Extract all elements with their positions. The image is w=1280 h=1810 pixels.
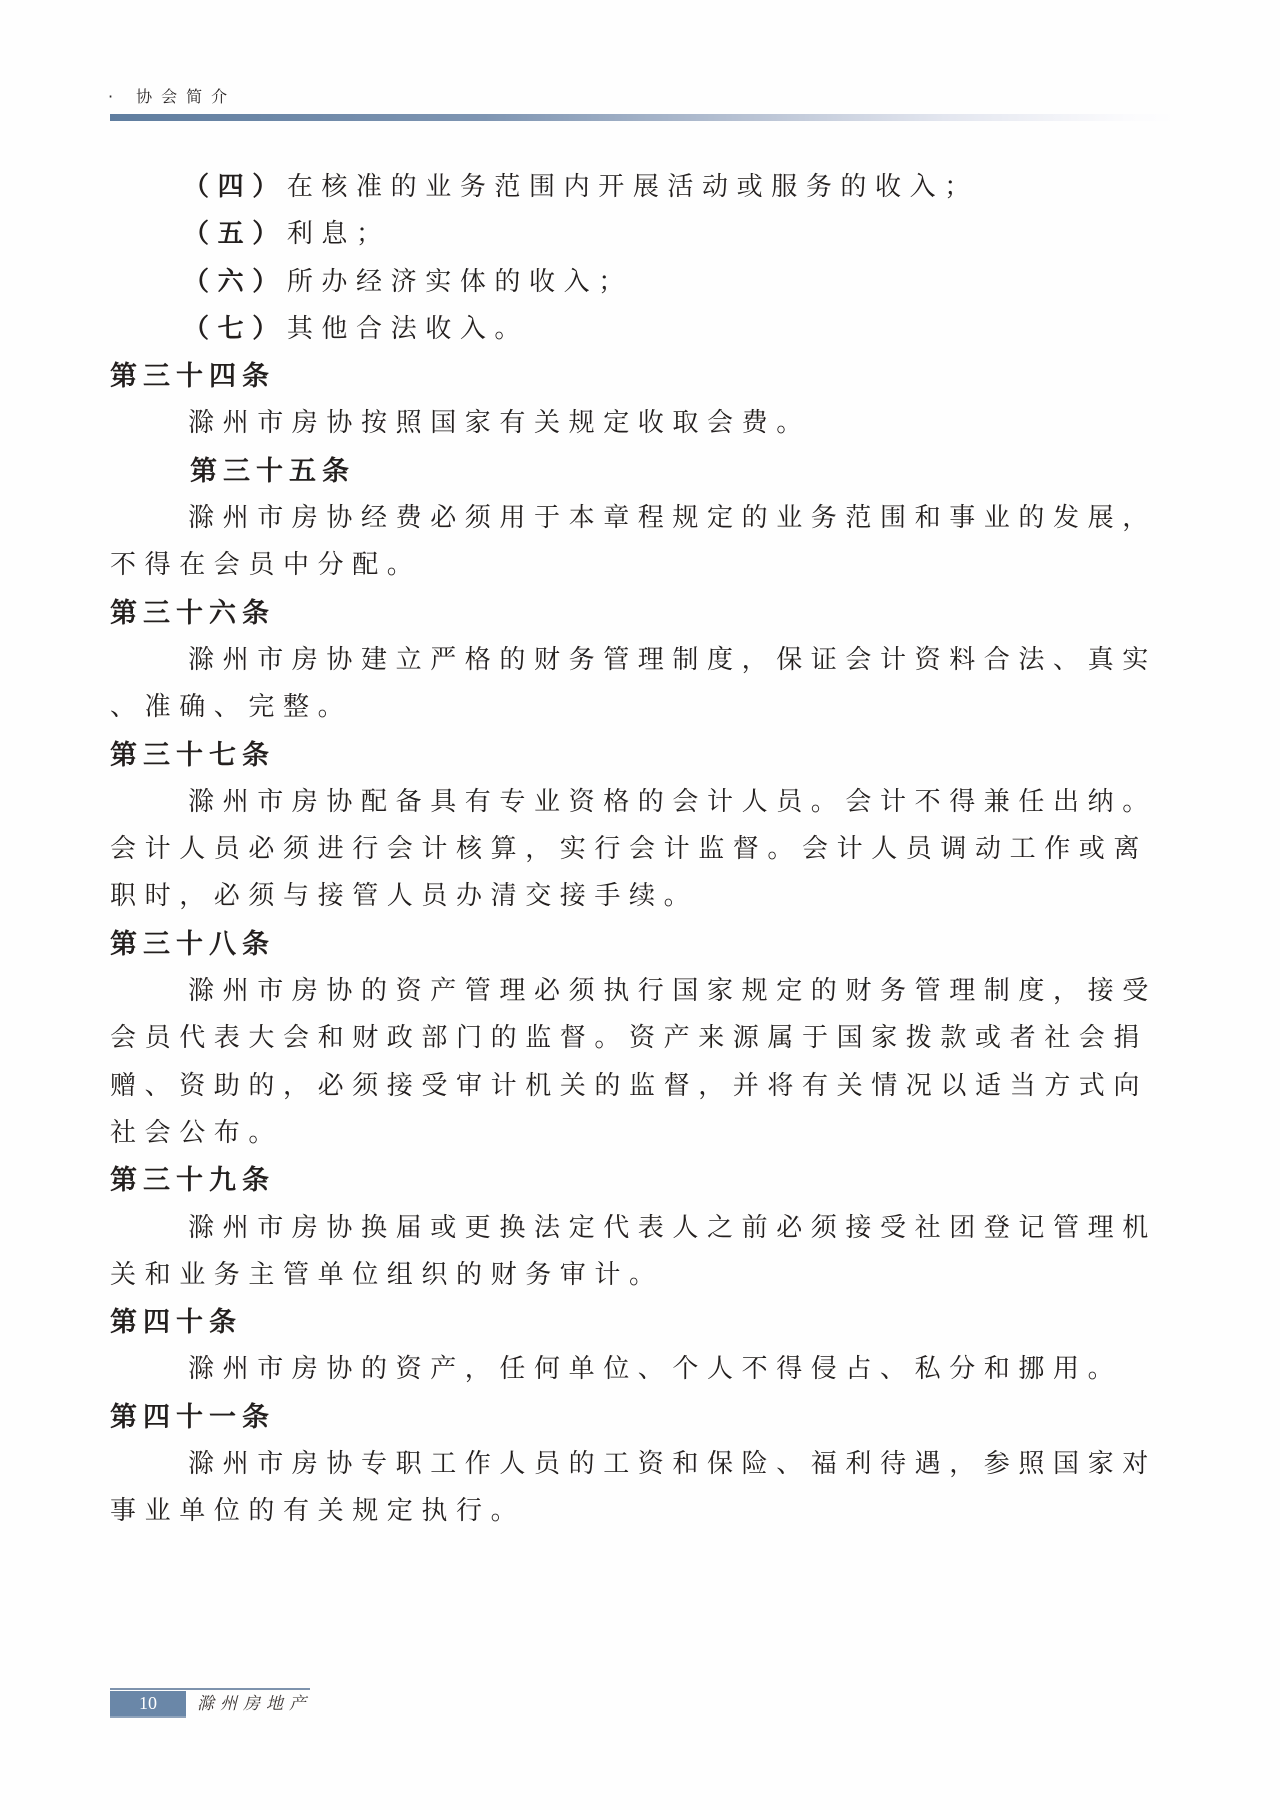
publication-title: 滁州房地产 [197,1690,312,1718]
article-heading: 第三十五条 [110,448,1185,495]
item-text: 利息； [287,219,391,249]
article-heading: 第四十一条 [110,1394,1185,1441]
article-text: 滁州市房协配备具有专业资格的会计人员。会计不得兼任出纳。 [110,779,1185,826]
item-text: 在核准的业务范围内开展活动或服务的收入； [287,172,979,202]
article-text: 滁州市房协专职工作人员的工资和保险、福利待遇，参照国家对 [110,1441,1185,1488]
list-item: （五）利息； [110,211,1185,258]
list-item: （四）在核准的业务范围内开展活动或服务的收入； [110,164,1185,211]
article-text: 滁州市房协换届或更换法定代表人之前必须接受社团登记管理机 [110,1205,1185,1252]
article-text: 滁州市房协按照国家有关规定收取会费。 [110,400,1185,447]
item-text: 其他合法收入。 [287,314,529,344]
item-number: （五） [183,219,287,249]
item-number: （七） [183,314,287,344]
section-label: · 协会简介 [108,84,236,107]
header-gradient-bar [110,114,1180,121]
list-item: （七）其他合法收入。 [110,306,1185,353]
article-heading: 第三十八条 [110,921,1185,968]
article-heading: 第三十四条 [110,353,1185,400]
article-text: 会员代表大会和财政部门的监督。资产来源属于国家拨款或者社会捐 [110,1015,1185,1062]
article-text: 职时，必须与接管人员办清交接手续。 [110,873,1185,920]
article-text: 赠、资助的，必须接受审计机关的监督，并将有关情况以适当方式向 [110,1063,1185,1110]
article-text: 事业单位的有关规定执行。 [110,1488,1185,1535]
document-body: （四）在核准的业务范围内开展活动或服务的收入； （五）利息； （六）所办经济实体… [110,164,1185,1536]
list-item: （六）所办经济实体的收入； [110,259,1185,306]
article-text: 会计人员必须进行会计核算，实行会计监督。会计人员调动工作或离 [110,826,1185,873]
article-text: 滁州市房协经费必须用于本章程规定的业务范围和事业的发展， [110,495,1185,542]
item-number: （四） [183,172,287,202]
item-number: （六） [183,267,287,297]
item-text: 所办经济实体的收入； [287,267,633,297]
article-text: 滁州市房协建立严格的财务管理制度，保证会计资料合法、真实 [110,637,1185,684]
page-number: 10 [110,1691,186,1718]
article-text: 、准确、完整。 [110,684,1185,731]
article-heading: 第三十九条 [110,1157,1185,1204]
article-text: 关和业务主管单位组织的财务审计。 [110,1252,1185,1299]
article-heading: 第四十条 [110,1299,1185,1346]
article-heading: 第三十六条 [110,590,1185,637]
article-text: 滁州市房协的资产管理必须执行国家规定的财务管理制度，接受 [110,968,1185,1015]
article-text: 社会公布。 [110,1110,1185,1157]
article-text: 滁州市房协的资产，任何单位、个人不得侵占、私分和挪用。 [110,1346,1185,1393]
article-text: 不得在会员中分配。 [110,542,1185,589]
article-heading: 第三十七条 [110,732,1185,779]
